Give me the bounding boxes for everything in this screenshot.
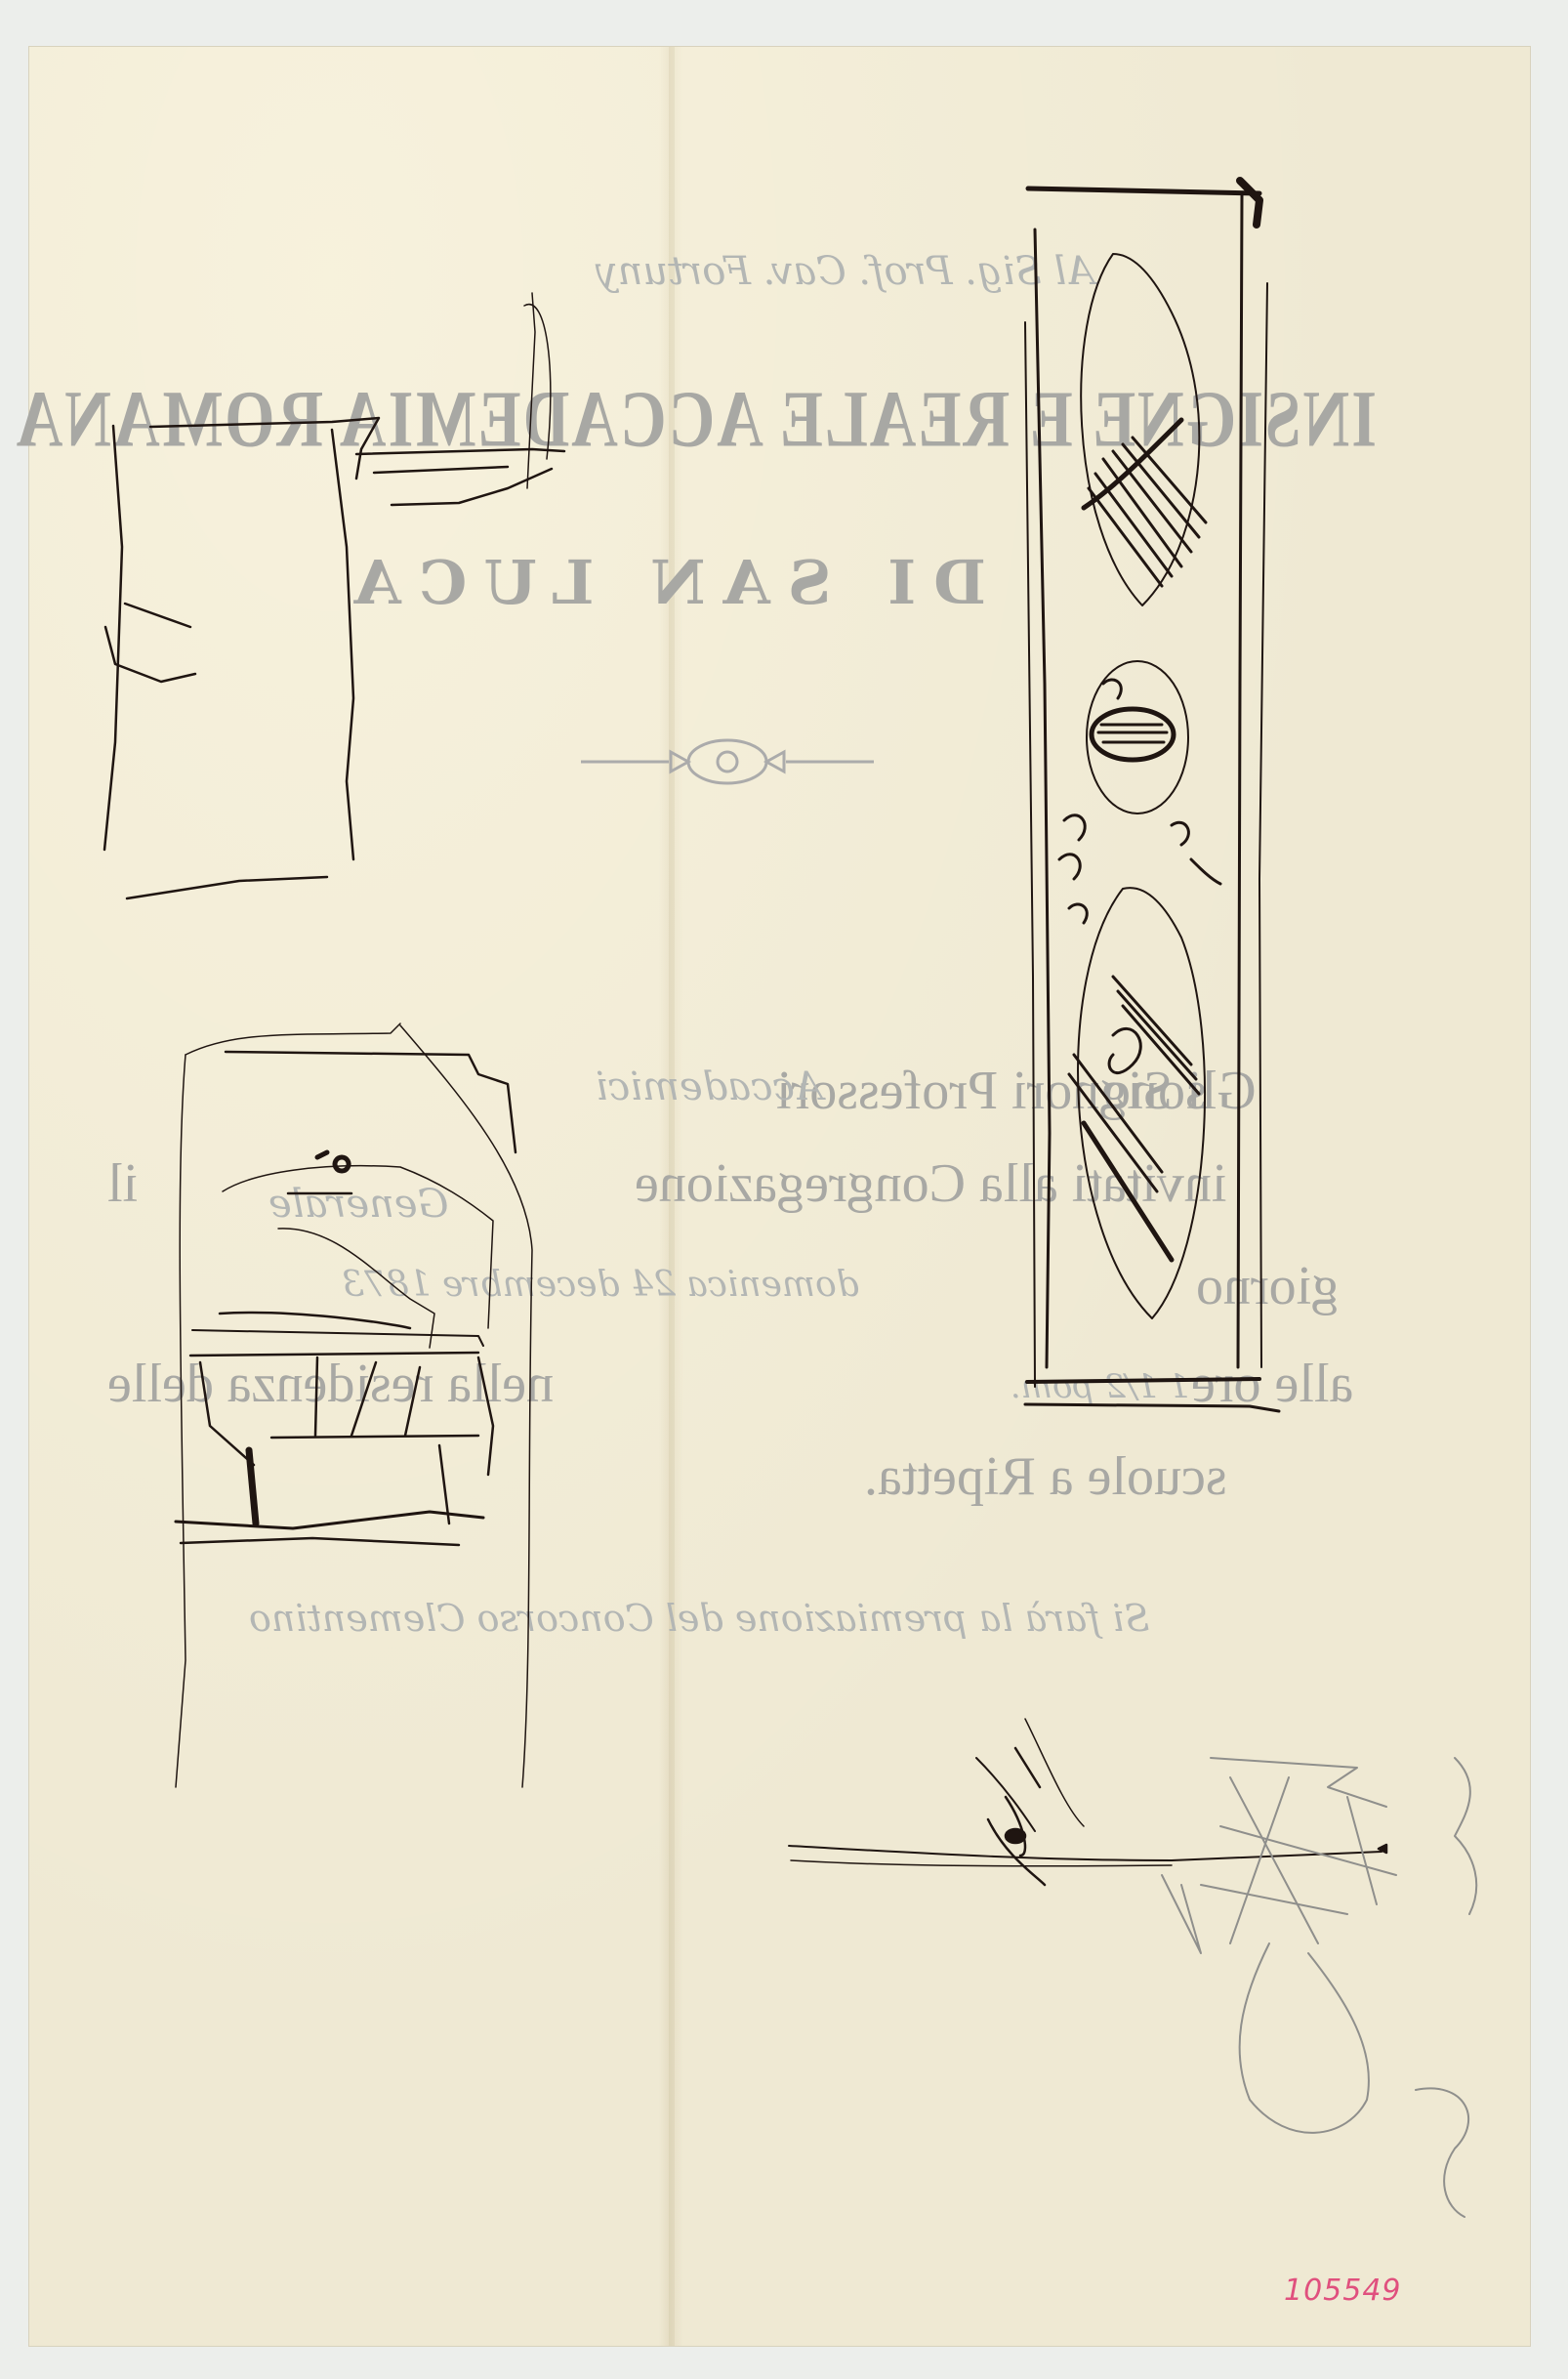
- printed-body-line: il: [107, 1152, 138, 1215]
- handwritten-address: Al Sig. Prof. Cav. Fortuny: [596, 249, 1094, 294]
- printed-header-line-2: DI SAN LUCA: [439, 547, 986, 618]
- printed-body-line: giorno: [1196, 1255, 1339, 1317]
- printed-body-line: nella residenza delle: [107, 1353, 554, 1415]
- printed-body-line: invitati alla Congregazione: [635, 1152, 1226, 1215]
- handwritten-fill: Generale: [268, 1182, 449, 1227]
- catalogue-number: 105549: [1284, 2274, 1402, 2308]
- printed-header-line-1: INSIGNE E REALE ACCADEMIA ROMANA: [273, 374, 1377, 467]
- printed-body-line: scuole a Ripetta.: [864, 1445, 1227, 1508]
- handwritten-note: Si farà la premiazione del Concorso Clem…: [249, 1597, 1149, 1640]
- printed-ornament-icon: [576, 723, 879, 801]
- printed-body-line: alle ore: [1191, 1353, 1353, 1415]
- printed-body-line: Gli Signori Professori: [776, 1060, 1257, 1122]
- handwritten-fill: Accademici: [596, 1064, 823, 1109]
- handwritten-fill: 1 1/2 pom.: [1011, 1367, 1189, 1406]
- handwritten-fill: domenica 24 decembre 1873: [342, 1265, 859, 1305]
